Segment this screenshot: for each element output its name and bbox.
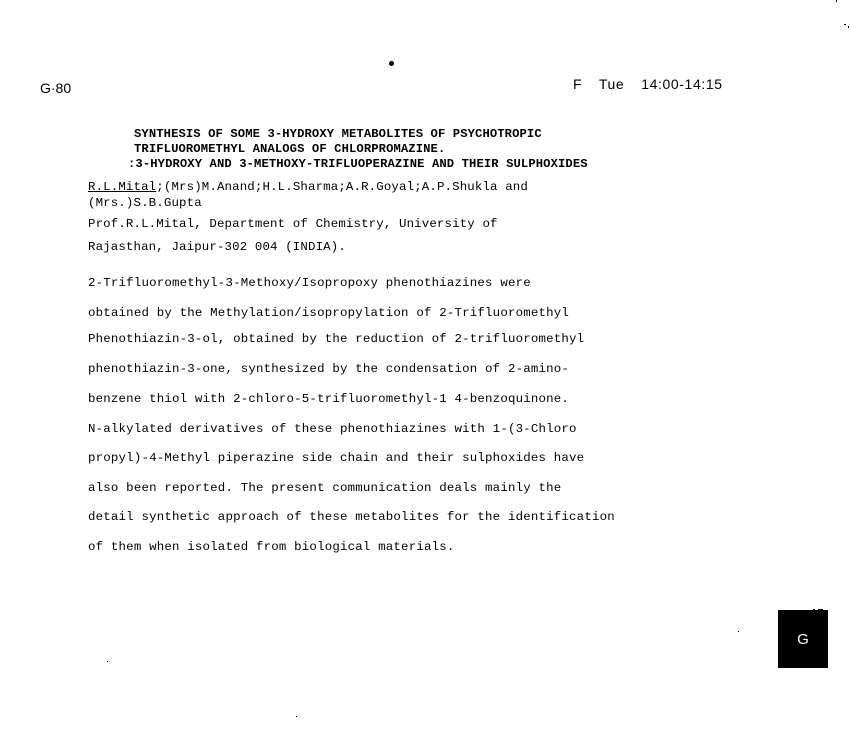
abstract-line: propyl)-4-Methyl piperazine side chain a… [88, 451, 584, 465]
section-tab: G [778, 610, 828, 668]
affiliation-line: Rajasthan, Jaipur-302 004 (INDIA). [88, 240, 346, 254]
abstract-line: Phenothiazin-3-ol, obtained by the reduc… [88, 332, 584, 346]
scan-speck [848, 26, 849, 28]
title-line: TRIFLUOROMETHYL ANALOGS OF CHLORPROMAZIN… [134, 142, 445, 156]
affiliation-line: Prof.R.L.Mital, Department of Chemistry,… [88, 217, 498, 231]
scan-speck [844, 24, 846, 25]
session-code: G·80 [40, 80, 71, 96]
scan-speck [836, 0, 837, 2]
title-line: SYNTHESIS OF SOME 3-HYDROXY METABOLITES … [134, 127, 542, 141]
scan-speck [813, 609, 815, 610]
session-time: F Tue 14:00-14:15 [573, 76, 723, 92]
authors-line: (Mrs.)S.B.Gupta [88, 196, 202, 210]
abstract-line: 2-Trifluoromethyl-3-Methoxy/Isopropoxy p… [88, 276, 531, 290]
abstract-line: obtained by the Methylation/isopropylati… [88, 306, 569, 320]
authors-line: R.L.Mital;(Mrs)M.Anand;H.L.Sharma;A.R.Go… [88, 180, 528, 194]
abstract-line: also been reported. The present communic… [88, 481, 561, 495]
scan-speck [296, 716, 297, 717]
title-line: :3-HYDROXY AND 3-METHOXY-TRIFLUOPERAZINE… [128, 157, 588, 171]
scan-speck [389, 61, 394, 66]
abstract-line: phenothiazin-3-one, synthesized by the c… [88, 362, 569, 376]
abstract-line: benzene thiol with 2-chloro-5-trifluorom… [88, 392, 569, 406]
scan-speck [738, 631, 739, 632]
co-authors: ;(Mrs)M.Anand;H.L.Sharma;A.R.Goyal;A.P.S… [156, 180, 528, 194]
section-tab-label: G [797, 631, 809, 648]
scan-speck [107, 661, 108, 662]
abstract-line: N-alkylated derivatives of these phenoth… [88, 422, 577, 436]
abstract-line: of them when isolated from biological ma… [88, 540, 455, 554]
presenting-author: R.L.Mital [88, 180, 156, 194]
abstract-line: detail synthetic approach of these metab… [88, 510, 615, 524]
scan-speck [818, 609, 823, 610]
